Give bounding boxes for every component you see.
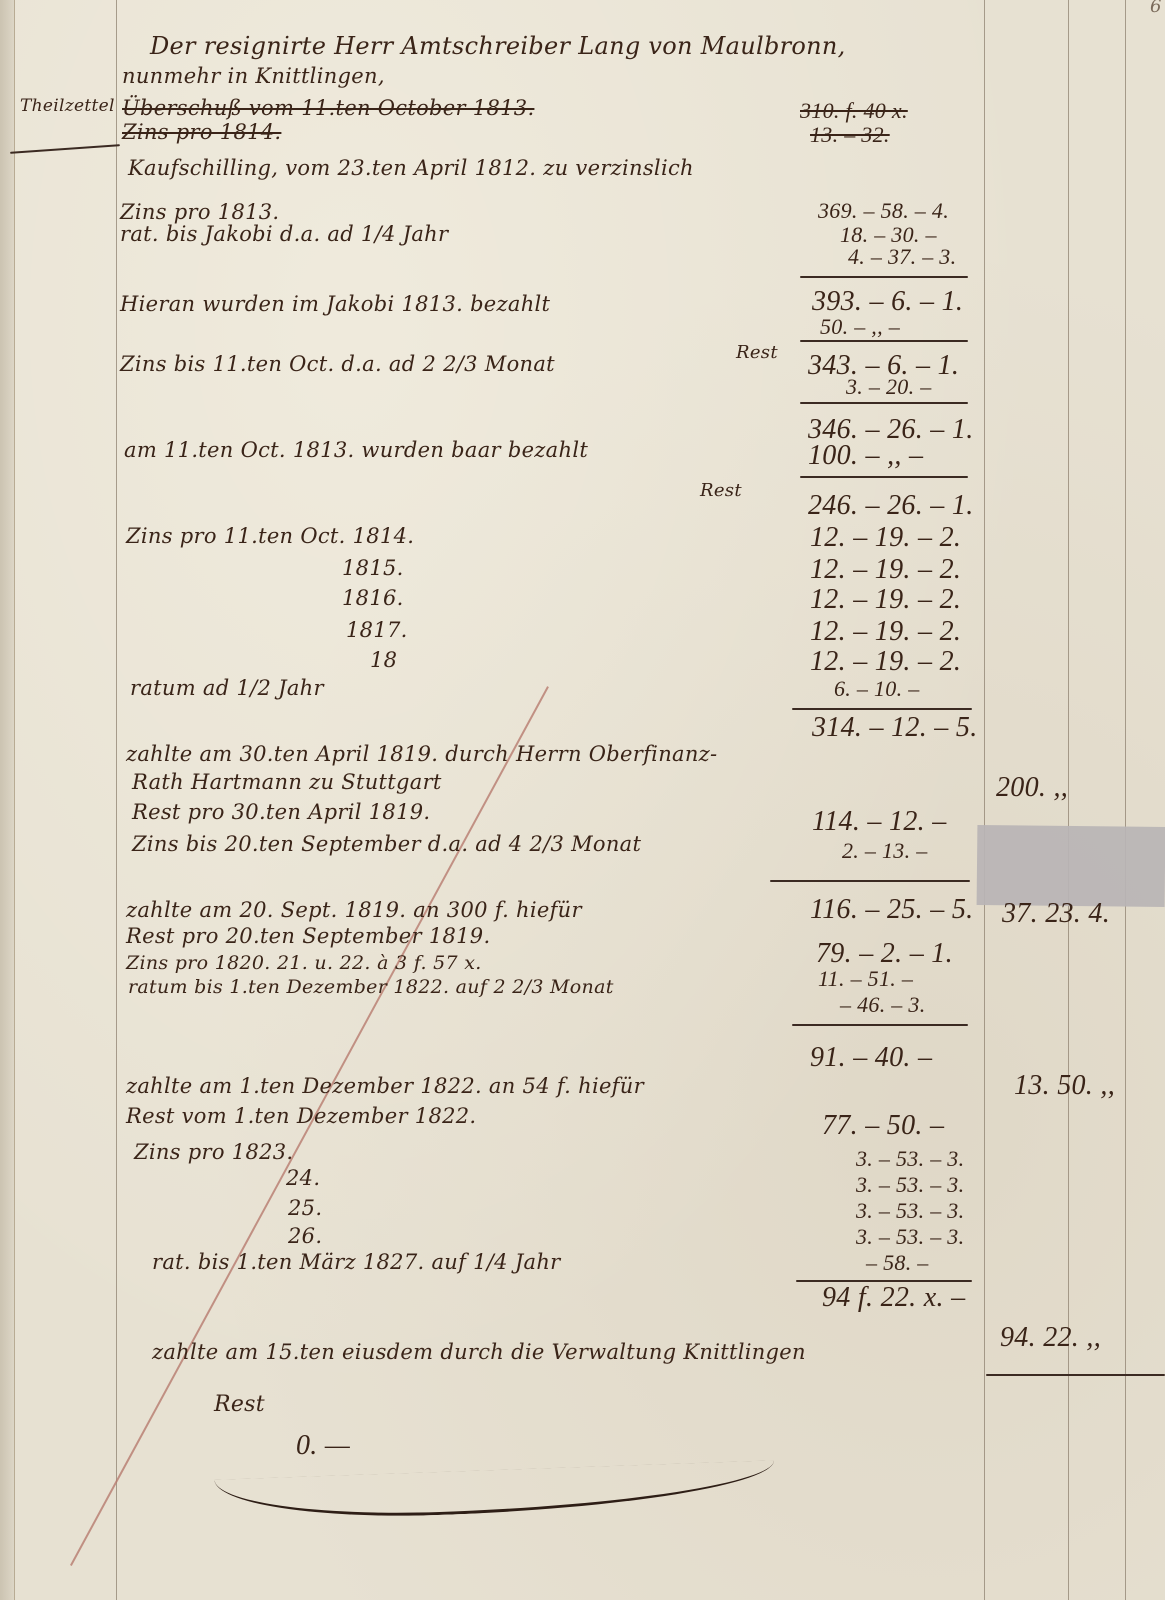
entry-label: 1815.: [342, 556, 404, 580]
entry-amount: 13. – 32.: [810, 122, 890, 148]
entry-label: Rest pro 30.ten April 1819.: [132, 800, 430, 824]
sum-line: [800, 476, 968, 478]
paid-column-rule: [1068, 0, 1069, 1600]
entry-amount: 369. – 58. – 4.: [818, 198, 949, 224]
entry-label: am 11.ten Oct. 1813. wurden baar bezahlt: [124, 438, 588, 462]
entry-label: 1816.: [342, 586, 404, 610]
entry-label: Kaufschilling, vom 23.ten April 1812. zu…: [128, 156, 694, 180]
entry-label: Zins bis 20.ten September d.a. ad 4 2/3 …: [132, 832, 641, 856]
rest-marker: Rest: [700, 480, 742, 501]
entry-label: rat. bis Jakobi d.a. ad 1/4 Jahr: [120, 222, 448, 246]
entry-label: Rest pro 20.ten September 1819.: [126, 924, 490, 948]
entry-amount: 91. – 40. –: [810, 1042, 932, 1074]
entry-label: zahlte am 20. Sept. 1819. an 300 f. hief…: [126, 898, 582, 922]
corner-page-mark: 6: [1150, 0, 1162, 17]
entry-amount: 50. – ,, –: [820, 314, 900, 340]
amount-column-rule: [984, 0, 985, 1600]
rest-marker: Rest: [736, 342, 778, 363]
entry-label: zahlte am 1.ten Dezember 1822. an 54 f. …: [126, 1074, 644, 1098]
entry-amount: 314. – 12. – 5.: [812, 712, 978, 744]
paid-amount: 200. ,,: [996, 772, 1068, 804]
paper-tape-patch: [977, 825, 1165, 907]
sum-line: [792, 708, 972, 710]
entry-amount: 6. – 10. –: [834, 676, 920, 702]
entry-amount: 3. – 20. –: [846, 374, 932, 400]
entry-label: Hieran wurden im Jakobi 1813. bezahlt: [120, 292, 550, 316]
entry-label: zahlte am 15.ten eiusdem durch die Verwa…: [152, 1340, 806, 1364]
margin-rule: [116, 0, 117, 1600]
entry-label: 25.: [288, 1196, 322, 1220]
entry-amount: 246. – 26. – 1.: [808, 490, 974, 522]
entry-amount: 116. – 25. – 5.: [810, 894, 973, 926]
entry-label: 1817.: [346, 618, 408, 642]
entry-label: Zins pro 1813.: [120, 200, 279, 224]
entry-amount: 3. – 53. – 3.: [856, 1224, 964, 1250]
entry-amount: – 46. – 3.: [840, 992, 926, 1018]
entry-label: ratum ad 1/2 Jahr: [130, 676, 324, 700]
paid-amount: 37. 23. 4.: [1002, 898, 1110, 930]
entry-amount: 94 f. 22. x. –: [822, 1282, 965, 1314]
entry-label: zahlte am 30.ten April 1819. durch Herrn…: [126, 742, 717, 766]
entry-amount: 100. – ,, –: [808, 440, 923, 472]
entry-amount: 3. – 53. – 3.: [856, 1198, 964, 1224]
entry-amount: 3. – 53. – 3.: [856, 1172, 964, 1198]
entry-amount: 12. – 19. – 2.: [810, 646, 961, 678]
entry-amount: 12. – 19. – 2.: [810, 554, 961, 586]
closing-flourish: [214, 1460, 775, 1523]
header-line-2: nunmehr in Knittlingen,: [122, 64, 385, 88]
entry-amount: 2. – 13. –: [842, 838, 928, 864]
sum-line: [800, 276, 968, 278]
entry-amount: 3. – 53. – 3.: [856, 1146, 964, 1172]
entry-amount: 4. – 37. – 3.: [848, 244, 956, 270]
entry-label: 26.: [288, 1224, 322, 1248]
entry-label: Überschuß vom 11.ten October 1813.: [122, 96, 534, 120]
entry-label: 24.: [286, 1166, 320, 1190]
entry-amount: 12. – 19. – 2.: [810, 616, 961, 648]
sum-line: [792, 1024, 968, 1026]
right-edge-rule: [1125, 0, 1126, 1600]
paid-underline: [986, 1374, 1165, 1376]
entry-amount: 310. f. 40 x.: [800, 98, 908, 124]
entry-amount: 114. – 12. –: [812, 806, 947, 838]
entry-label: Rath Hartmann zu Stuttgart: [132, 770, 442, 794]
ledger-page: 6 Der resignirte Herr Amtschreiber Lang …: [0, 0, 1165, 1600]
book-binding-edge: [0, 0, 15, 1600]
entry-label: Rest vom 1.ten Dezember 1822.: [126, 1104, 476, 1128]
entry-label: Zins pro 1814.: [122, 120, 281, 144]
final-rest-label: Rest: [214, 1392, 265, 1417]
sum-line: [800, 402, 968, 404]
margin-underline: [10, 144, 120, 153]
entry-amount: 77. – 50. –: [822, 1110, 944, 1142]
entry-label: 18: [370, 648, 397, 672]
header-line-1: Der resignirte Herr Amtschreiber Lang vo…: [150, 32, 846, 60]
entry-amount: 12. – 19. – 2.: [810, 584, 961, 616]
entry-amount: 12. – 19. – 2.: [810, 522, 961, 554]
entry-label: Zins pro 11.ten Oct. 1814.: [126, 524, 414, 548]
entry-label: Zins bis 11.ten Oct. d.a. ad 2 2/3 Monat: [120, 352, 555, 376]
entry-label: ratum bis 1.ten Dezember 1822. auf 2 2/3…: [128, 976, 614, 998]
entry-label: rat. bis 1.ten März 1827. auf 1/4 Jahr: [152, 1250, 561, 1274]
final-rest-value: 0. —: [296, 1430, 350, 1462]
entry-label: Zins pro 1823.: [134, 1140, 293, 1164]
sum-line: [800, 340, 968, 342]
entry-label: Zins pro 1820. 21. u. 22. à 3 f. 57 x.: [126, 952, 482, 974]
entry-amount: – 58. –: [866, 1250, 929, 1276]
paid-amount: 13. 50. ,,: [1014, 1070, 1115, 1102]
margin-note: Theilzettel: [20, 96, 115, 116]
paid-amount: 94. 22. ,,: [1000, 1322, 1101, 1354]
entry-amount: 11. – 51. –: [818, 966, 913, 992]
sum-line: [770, 880, 970, 882]
